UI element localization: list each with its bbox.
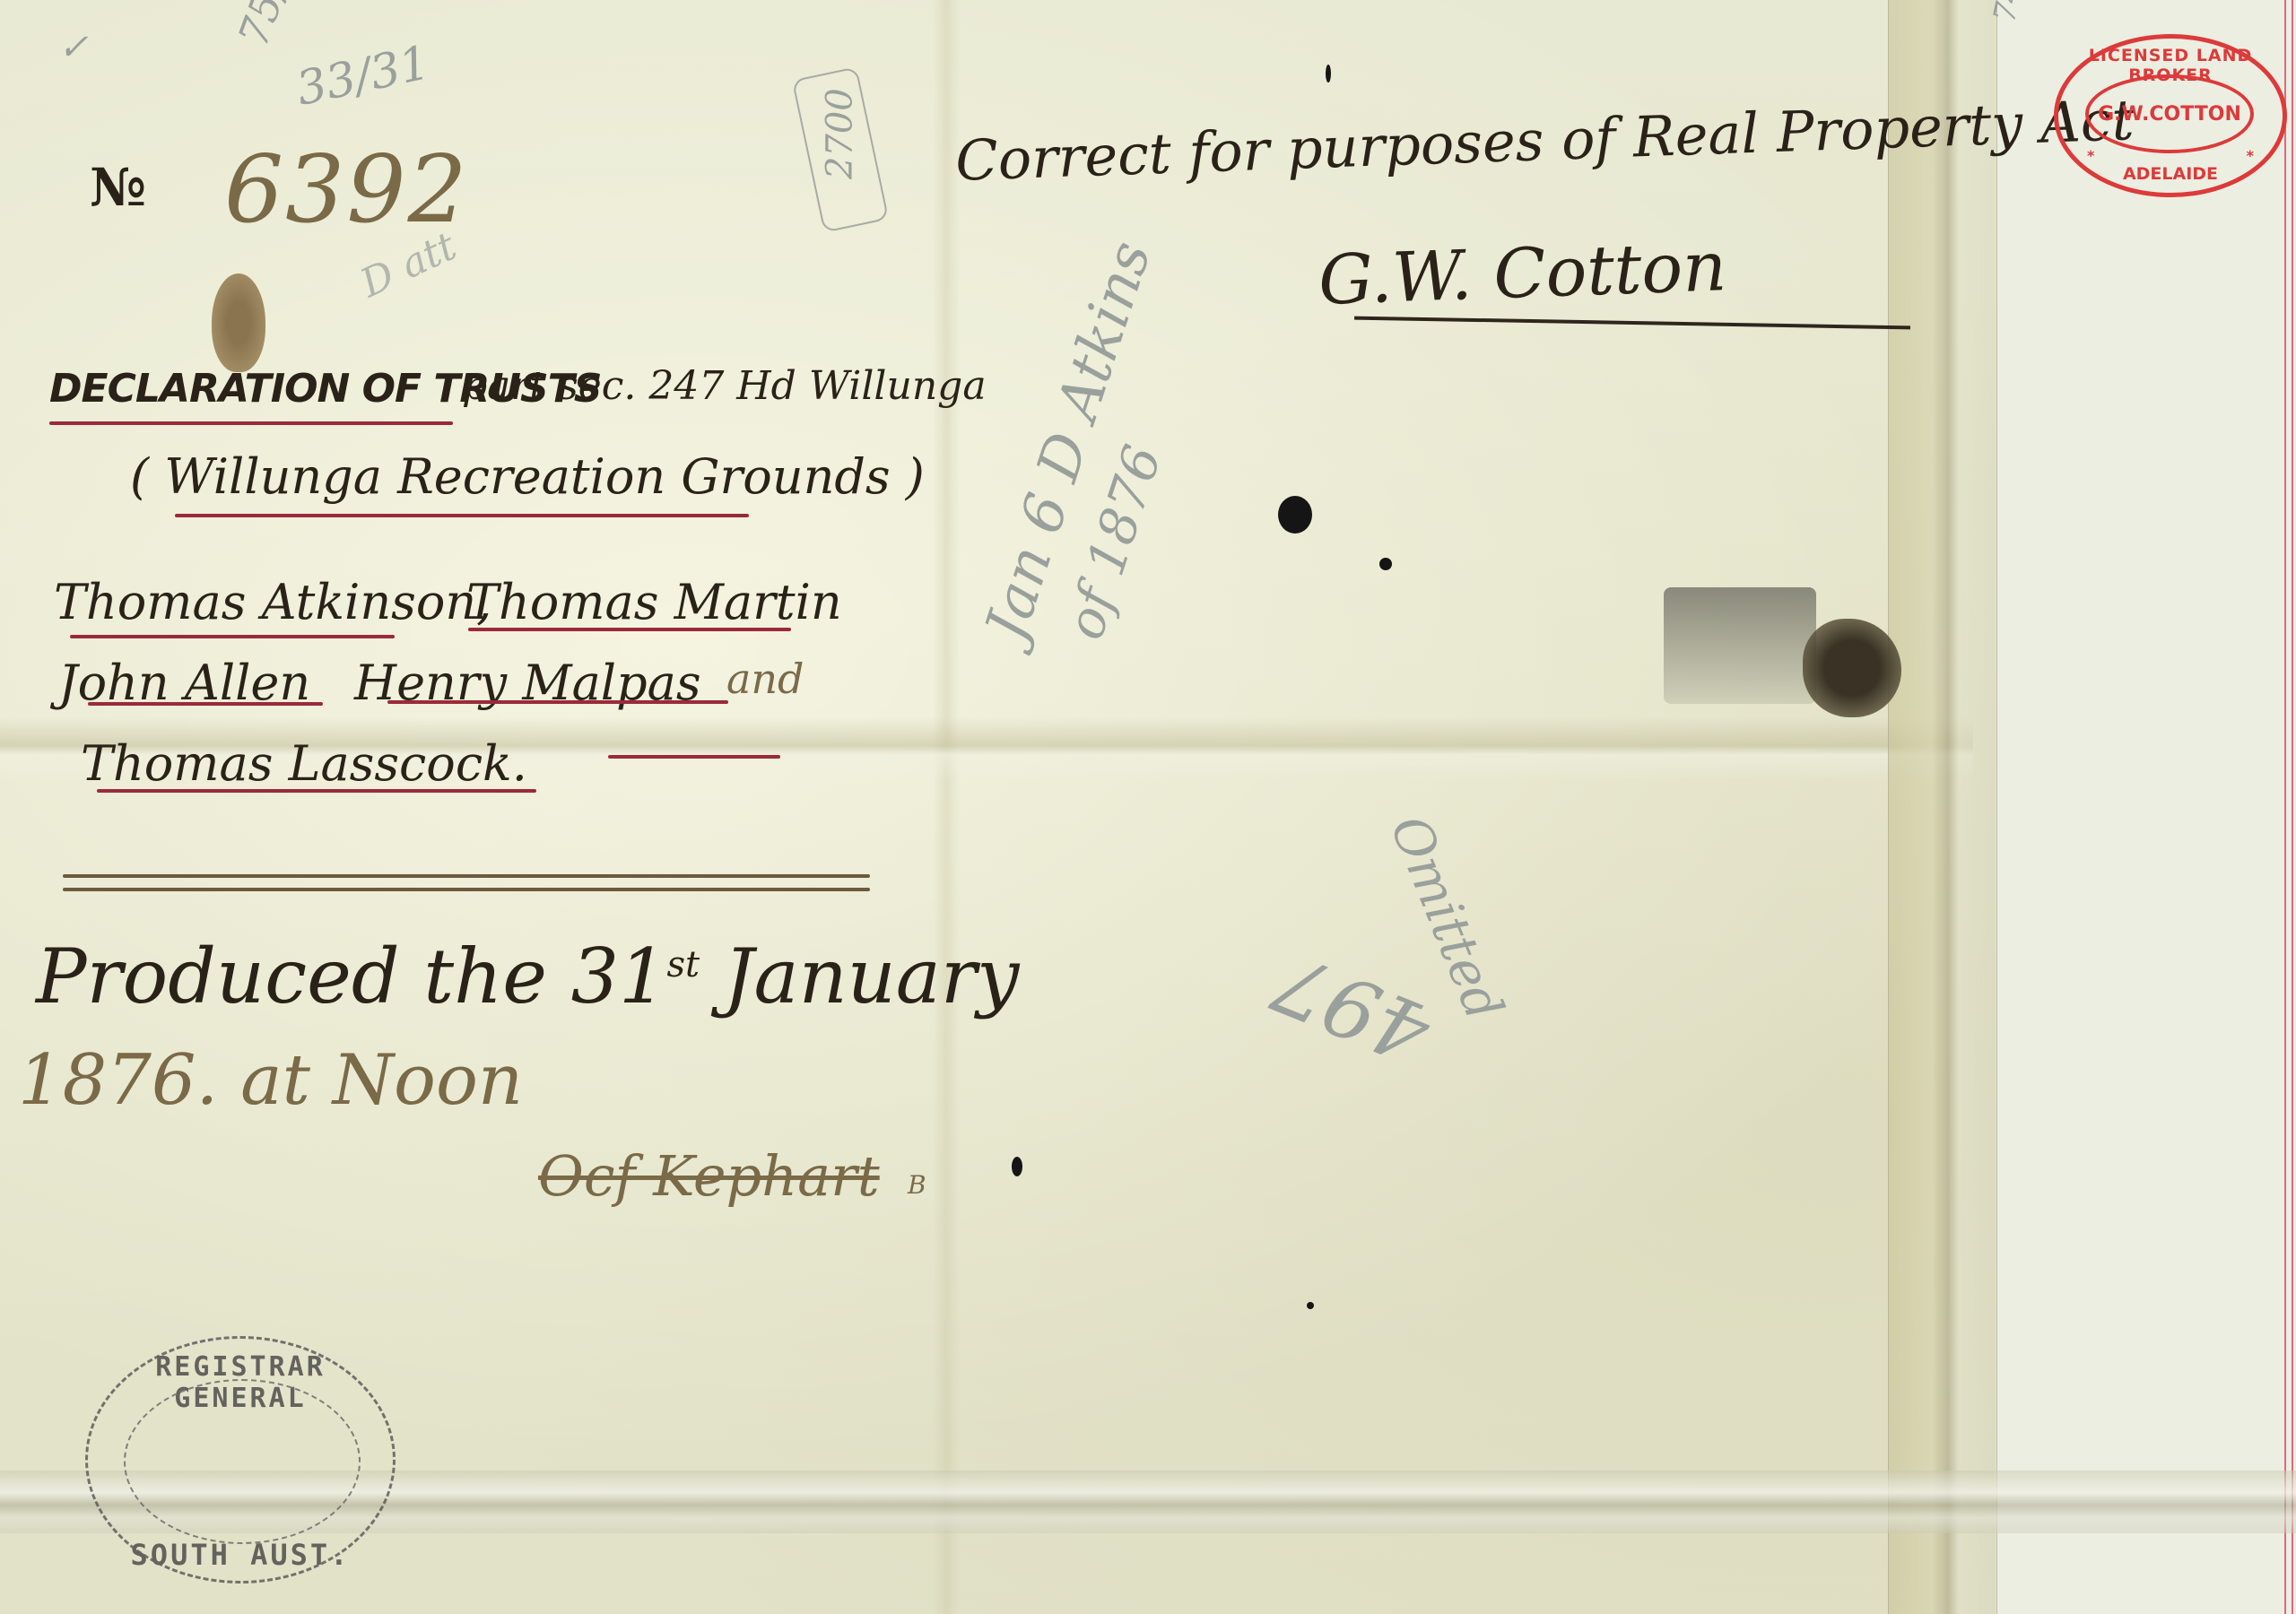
stamp-center-text: G.W.COTTON bbox=[2098, 103, 2241, 126]
vertical-tape-strip bbox=[1888, 0, 1997, 1614]
margin-rule bbox=[2284, 0, 2286, 1614]
ink-spot bbox=[1326, 65, 1331, 82]
licensed-land-broker-stamp: LICENSED LAND BROKER G.W.COTTON * * ADEL… bbox=[2054, 34, 2287, 197]
star-icon: * bbox=[2087, 147, 2094, 164]
registrar-general-stamp: REGISTRAR GENERAL SOUTH AUST. bbox=[85, 1336, 396, 1584]
name-underline bbox=[88, 702, 323, 706]
ink-blot bbox=[212, 273, 265, 372]
stamp-bottom-text: ADELAIDE bbox=[2058, 164, 2283, 184]
ink-spot bbox=[1307, 1302, 1314, 1309]
declaration-subtitle: ( Willunga Recreation Grounds ) bbox=[130, 448, 925, 505]
party-name: Thomas Atkinson, bbox=[54, 574, 491, 630]
produced-line-1: Produced the 31st January bbox=[36, 933, 1019, 1020]
party-name: Thomas Martin bbox=[466, 574, 842, 630]
subtitle-underline bbox=[175, 514, 749, 517]
produced-ordinal: st bbox=[667, 944, 700, 985]
declaration-detail: part sec. 247 Hd Willunga bbox=[462, 363, 987, 409]
title-underline bbox=[49, 421, 453, 425]
party-name: Thomas Lasscock. bbox=[81, 735, 527, 792]
struck-signature: Ocf Kephart bbox=[538, 1143, 880, 1209]
adjacent-page bbox=[1996, 0, 2296, 1614]
name-underline bbox=[468, 628, 791, 631]
ink-spot bbox=[1379, 558, 1392, 570]
boxed-number-text: 2700 bbox=[820, 117, 861, 179]
double-rule-top bbox=[63, 874, 870, 878]
ink-smudge bbox=[1664, 587, 1816, 704]
ink-spot bbox=[1012, 1157, 1022, 1176]
ink-splatter bbox=[1803, 619, 1901, 717]
produced-month: January bbox=[724, 933, 1020, 1020]
produced-text: Produced the 31 bbox=[36, 933, 667, 1020]
name-underline bbox=[387, 700, 728, 704]
struck-suffix: B bbox=[908, 1170, 926, 1200]
name-underline bbox=[70, 635, 395, 638]
number-label: № bbox=[90, 157, 146, 218]
stamp-inner-oval: G.W.COTTON bbox=[2085, 74, 2254, 153]
registrar-stamp-inner bbox=[124, 1379, 361, 1544]
trailing-rule bbox=[608, 755, 780, 759]
vertical-fold bbox=[933, 0, 960, 1614]
star-icon: * bbox=[2247, 147, 2254, 164]
document-number: 6392 bbox=[224, 134, 469, 244]
conjunction: and bbox=[726, 655, 804, 703]
margin-rule bbox=[2292, 0, 2293, 1614]
name-underline bbox=[97, 789, 536, 793]
registrar-stamp-bottom: SOUTH AUST. bbox=[88, 1538, 393, 1572]
signature: G.W. Cotton bbox=[1318, 226, 1728, 320]
double-rule-bottom bbox=[63, 888, 870, 891]
ink-spot bbox=[1278, 496, 1312, 534]
pencil-checkmark: ✓ bbox=[58, 27, 89, 68]
produced-line-2: 1876. at Noon bbox=[18, 1040, 523, 1121]
